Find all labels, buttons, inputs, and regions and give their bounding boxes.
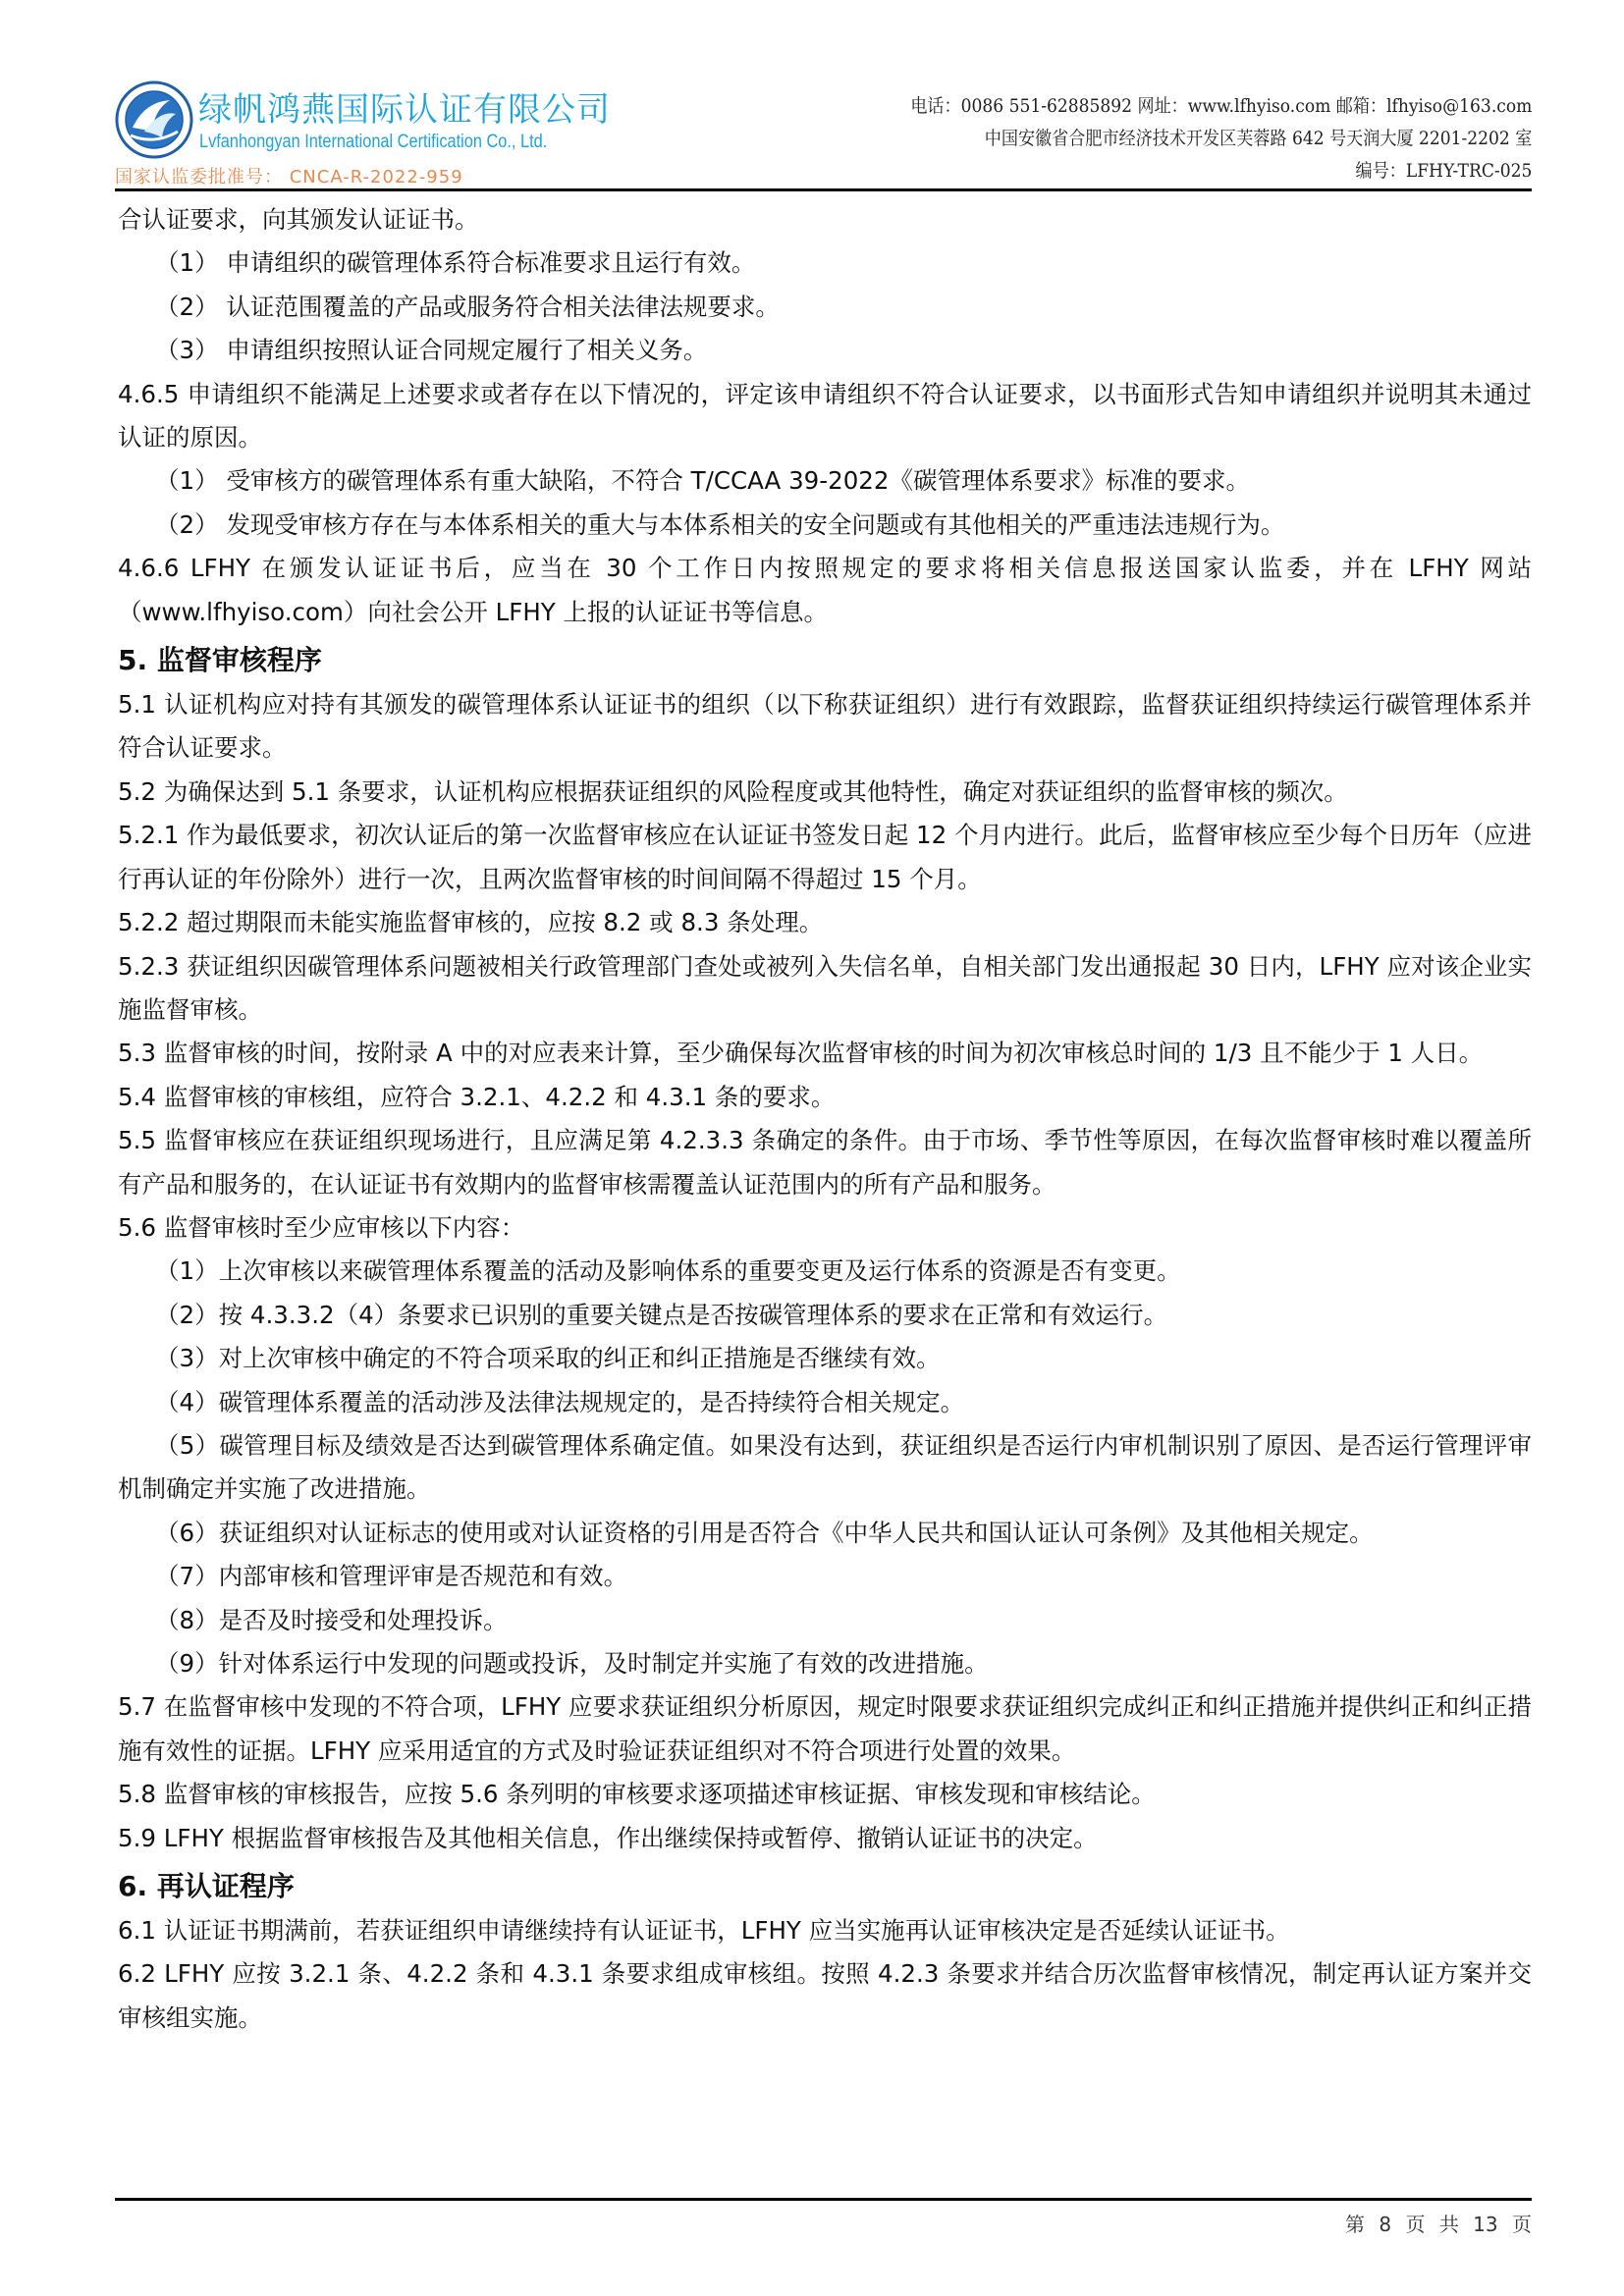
section-heading: 6. 再认证程序 <box>118 1862 1532 1911</box>
list-item: （2）按 4.3.3.2（4）条要求已识别的重要关键点是否按碳管理体系的要求在正… <box>118 1294 1532 1337</box>
clause-paragraph: 4.6.6 LFHY 在颁发认证证书后，应当在 30 个工作日内按照规定的要求将… <box>118 547 1532 634</box>
clause-paragraph: 5.2.1 作为最低要求，初次认证后的第一次监督审核应在认证证书签发日起 12 … <box>118 814 1532 901</box>
clause-paragraph: 5.9 LFHY 根据监督审核报告及其他相关信息，作出继续保持或暂停、撤销认证证… <box>118 1817 1532 1860</box>
clause-paragraph: 5.5 监督审核应在获证组织现场进行，且应满足第 4.2.3.3 条确定的条件。… <box>118 1119 1532 1206</box>
clause-paragraph: 5.7 在监督审核中发现的不符合项，LFHY 应要求获证组织分析原因，规定时限要… <box>118 1685 1532 1773</box>
clause-paragraph: 6.1 认证证书期满前，若获证组织申请继续持有认证证书，LFHY 应当实施再认证… <box>118 1909 1532 1952</box>
company-name-cn: 绿帆鸿燕国际认证有限公司 <box>198 82 611 131</box>
page-number: 第 8 页 共 13 页 <box>1345 2209 1532 2237</box>
clause-paragraph: 5.4 监督审核的审核组，应符合 3.2.1、4.2.2 和 4.3.1 条的要… <box>118 1076 1532 1119</box>
company-seal-logo-icon <box>115 80 193 159</box>
clause-paragraph: 5.2.2 超过期限而未能实施监督审核的，应按 8.2 或 8.3 条处理。 <box>118 901 1532 944</box>
clause-paragraph: 4.6.5 申请组织不能满足上述要求或者存在以下情况的，评定该申请组织不符合认证… <box>118 373 1532 460</box>
company-name-en: Lvfanhongyan International Certification… <box>199 132 547 153</box>
list-item: （5）碳管理目标及绩效是否达到碳管理体系确定值。如果没有达到，获证组织是否运行内… <box>118 1424 1532 1512</box>
list-item: （3） 申请组织按照认证合同规定履行了相关义务。 <box>118 329 1532 372</box>
header-divider <box>115 188 1532 191</box>
clause-paragraph: 5.2.3 获证组织因碳管理体系问题被相关行政管理部门查处或被列入失信名单，自相… <box>118 945 1532 1033</box>
list-item: （1） 受审核方的碳管理体系有重大缺陷，不符合 T/CCAA 39-2022《碳… <box>118 459 1532 503</box>
list-item: （3）对上次审核中确定的不符合项采取的纠正和纠正措施是否继续有效。 <box>118 1337 1532 1380</box>
approval-number: 国家认监委批准号： CNCA-R-2022-959 <box>115 163 463 188</box>
list-item: （7）内部审核和管理评审是否规范和有效。 <box>118 1555 1532 1598</box>
list-item: （9）针对体系运行中发现的问题或投诉，及时制定并实施了有效的改进措施。 <box>118 1642 1532 1685</box>
list-item: （1）上次审核以来碳管理体系覆盖的活动及影响体系的重要变更及运行体系的资源是否有… <box>118 1250 1532 1293</box>
contact-block: 电话：0086 551-62885892 网址：www.lfhyiso.com … <box>841 90 1532 187</box>
clause-paragraph: 6.2 LFHY 应按 3.2.1 条、4.2.2 条和 4.3.1 条要求组成… <box>118 1952 1532 2040</box>
clause-paragraph: 5.8 监督审核的审核报告，应按 5.6 条列明的审核要求逐项描述审核证据、审核… <box>118 1773 1532 1816</box>
footer-divider <box>115 2198 1532 2201</box>
document-body: 合认证要求，向其颁发认证证书。（1） 申请组织的碳管理体系符合标准要求且运行有效… <box>118 198 1532 2040</box>
clause-paragraph: 5.1 认证机构应对持有其颁发的碳管理体系认证证书的组织（以下称获证组织）进行有… <box>118 683 1532 771</box>
list-item: （2） 发现受审核方存在与本体系相关的重大与本体系相关的安全问题或有其他相关的严… <box>118 504 1532 547</box>
clause-paragraph: 5.6 监督审核时至少应审核以下内容： <box>118 1206 1532 1250</box>
contact-line: 电话：0086 551-62885892 网址：www.lfhyiso.com … <box>910 90 1532 123</box>
list-item: （6）获证组织对认证标志的使用或对认证资格的引用是否符合《中华人民共和国认证认可… <box>118 1512 1532 1555</box>
page-header: 绿帆鸿燕国际认证有限公司 Lvfanhongyan International … <box>115 77 1532 190</box>
address-line: 中国安徽省合肥市经济技术开发区芙蓉路 642 号天润大厦 2201-2202 室 <box>910 123 1532 155</box>
list-item: （8）是否及时接受和处理投诉。 <box>118 1599 1532 1642</box>
clause-paragraph: 合认证要求，向其颁发认证证书。 <box>118 198 1532 241</box>
list-item: （4）碳管理体系覆盖的活动涉及法律法规规定的，是否持续符合相关规定。 <box>118 1381 1532 1424</box>
section-heading: 5. 监督审核程序 <box>118 636 1532 685</box>
document-number: 编号：LFHY-TRC-025 <box>910 155 1532 187</box>
list-item: （1） 申请组织的碳管理体系符合标准要求且运行有效。 <box>118 241 1532 285</box>
clause-paragraph: 5.3 监督审核的时间，按附录 A 中的对应表来计算，至少确保每次监督审核的时间… <box>118 1032 1532 1075</box>
list-item: （2） 认证范围覆盖的产品或服务符合相关法律法规要求。 <box>118 286 1532 329</box>
clause-paragraph: 5.2 为确保达到 5.1 条要求，认证机构应根据获证组织的风险程度或其他特性，… <box>118 771 1532 814</box>
